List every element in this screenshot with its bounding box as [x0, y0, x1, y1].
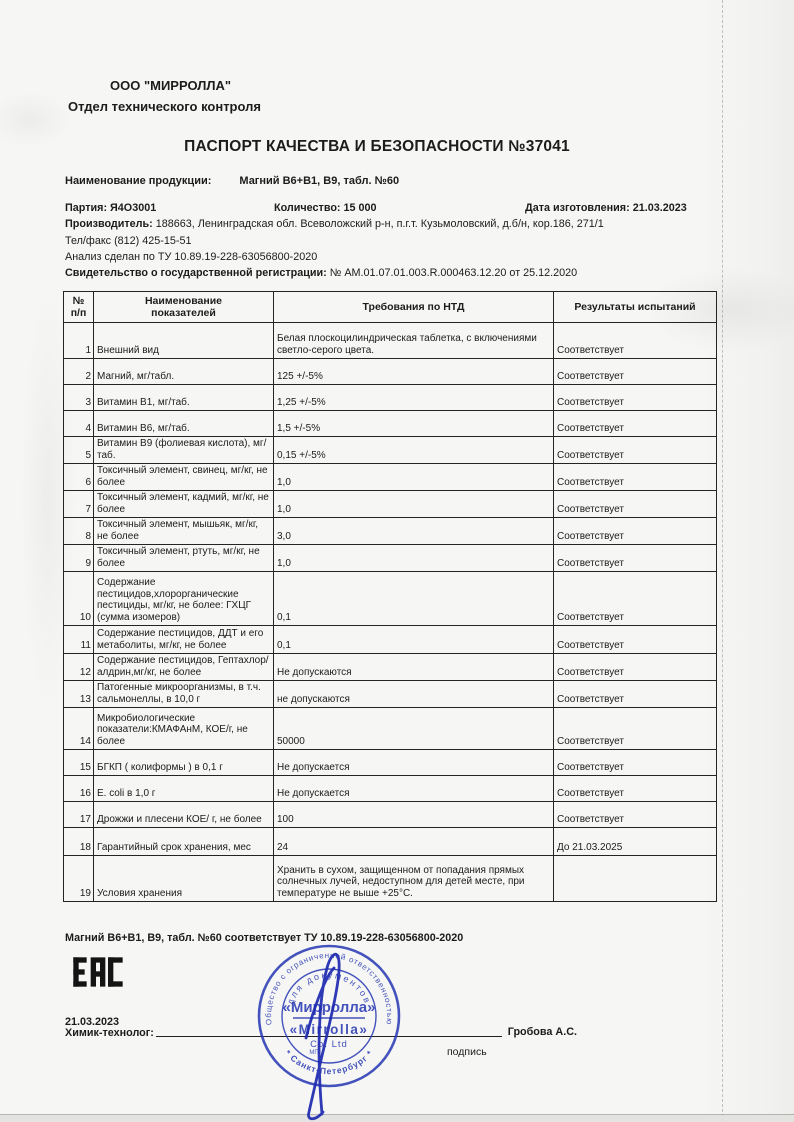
result-cell [554, 856, 717, 902]
product-name-line: Наименование продукции:Магний В6+В1, В9,… [65, 175, 399, 187]
indicator-name-cell: Содержание пестицидов,хлорорганические п… [94, 572, 274, 626]
table-row: 16E. coli в 1,0 гНе допускаетсяСоответст… [64, 776, 717, 802]
requirement-cell: Не допускаются [274, 654, 554, 681]
indicator-name-cell: БГКП ( колиформы ) в 0,1 г [94, 750, 274, 776]
table-row: 3Витамин В1, мг/таб.1,25 +/-5%Соответств… [64, 385, 717, 411]
registration-value: № АМ.01.07.01.003.R.000463.12.20 от 25.1… [330, 267, 577, 279]
stamp-icon: Общество с ограниченной ответственностью… [222, 918, 446, 1122]
quantity-line: Количество: 15 000 [274, 202, 377, 214]
eac-mark [72, 955, 124, 994]
requirement-cell: Не допускается [274, 750, 554, 776]
row-number-cell: 7 [64, 491, 94, 518]
requirement-cell: 0,1 [274, 626, 554, 654]
requirement-cell: 1,25 +/-5% [274, 385, 554, 411]
qc-table-body: 1Внешний видБелая плоскоцилиндрическая т… [64, 323, 717, 902]
result-cell: Соответствует [554, 681, 717, 708]
registration-label: Свидетельство о государственной регистра… [65, 267, 327, 279]
registration-line: Свидетельство о государственной регистра… [65, 267, 577, 279]
requirement-cell: Белая плоскоцилиндрическая таблетка, с в… [274, 323, 554, 359]
result-cell: Соответствует [554, 545, 717, 572]
chemist-label: Химик-технолог: [65, 1027, 154, 1039]
result-cell: Соответствует [554, 323, 717, 359]
requirement-cell: 1,0 [274, 491, 554, 518]
table-row: 7Токсичный элемент, кадмий, мг/кг, не бо… [64, 491, 717, 518]
company-name: ООО "МИРРОЛЛА" [110, 78, 231, 93]
result-cell: Соответствует [554, 572, 717, 626]
batch-label: Партия: [65, 202, 107, 214]
indicator-name-cell: Витамин В1, мг/таб. [94, 385, 274, 411]
row-number-cell: 14 [64, 708, 94, 750]
table-header-row: № п/п Наименование показателей Требовани… [64, 292, 717, 323]
indicator-name-cell: Условия хранения [94, 856, 274, 902]
stamp-city-text: * Санкт-Петербург * [283, 1048, 375, 1076]
col-header-results: Результаты испытаний [554, 292, 717, 323]
col-header-name: Наименование показателей [94, 292, 274, 323]
row-number-cell: 16 [64, 776, 94, 802]
table-row: 12Содержание пестицидов, Гептахлор/ алдр… [64, 654, 717, 681]
table-row: 1Внешний видБелая плоскоцилиндрическая т… [64, 323, 717, 359]
table-row: 14Микробиологические показатели:КМАФАнМ,… [64, 708, 717, 750]
result-cell: Соответствует [554, 464, 717, 491]
requirement-cell: 1,5 +/-5% [274, 411, 554, 437]
indicator-name-cell: Витамин В9 (фолиевая кислота), мг/таб. [94, 437, 274, 464]
indicator-name-cell: Токсичный элемент, кадмий, мг/кг, не бол… [94, 491, 274, 518]
indicator-name-cell: Дрожжи и плесени КОЕ/ г, не более [94, 802, 274, 828]
row-number-cell: 12 [64, 654, 94, 681]
scan-artifact-line [722, 0, 724, 1122]
col-header-number-line2: п/п [66, 307, 91, 319]
indicator-name-cell: Гарантийный срок хранения, мес [94, 828, 274, 856]
table-row: 18Гарантийный срок хранения, мес24До 21.… [64, 828, 717, 856]
result-cell: Соответствует [554, 491, 717, 518]
col-header-name-line1: Наименование [96, 295, 271, 307]
department-name: Отдел технического контроля [68, 99, 261, 114]
table-row: 15БГКП ( колиформы ) в 0,1 гНе допускает… [64, 750, 717, 776]
result-cell: Соответствует [554, 802, 717, 828]
table-row: 19Условия храненияХранить в сухом, защищ… [64, 856, 717, 902]
row-number-cell: 6 [64, 464, 94, 491]
col-header-number: № п/п [64, 292, 94, 323]
indicator-name-cell: Содержание пестицидов, Гептахлор/ алдрин… [94, 654, 274, 681]
table-row: 4Витамин В6, мг/таб.1,5 +/-5%Соответству… [64, 411, 717, 437]
row-number-cell: 8 [64, 518, 94, 545]
requirement-cell: не допускаются [274, 681, 554, 708]
col-header-name-line2: показателей [96, 307, 271, 319]
requirement-cell: 3,0 [274, 518, 554, 545]
result-cell: Соответствует [554, 411, 717, 437]
row-number-cell: 11 [64, 626, 94, 654]
indicator-name-cell: Магний, мг/табл. [94, 359, 274, 385]
requirement-cell: 125 +/-5% [274, 359, 554, 385]
table-row: 6Токсичный элемент, свинец, мг/кг, не бо… [64, 464, 717, 491]
mfg-date-line: Дата изготовления: 21.03.2023 [525, 202, 687, 214]
indicator-name-cell: Микробиологические показатели:КМАФАнМ, К… [94, 708, 274, 750]
result-cell: Соответствует [554, 359, 717, 385]
row-number-cell: 3 [64, 385, 94, 411]
requirement-cell: 0,15 +/-5% [274, 437, 554, 464]
result-cell: Соответствует [554, 437, 717, 464]
table-row: 13Патогенные микроорганизмы, в т.ч. саль… [64, 681, 717, 708]
product-label: Наименование продукции: [65, 175, 211, 187]
col-header-number-line1: № [66, 295, 91, 307]
manufacturer-value: 188663, Ленинградская обл. Всеволожский … [156, 218, 604, 230]
row-number-cell: 10 [64, 572, 94, 626]
requirement-cell: 50000 [274, 708, 554, 750]
manufacturer-label: Производитель: [65, 218, 153, 230]
result-cell: Соответствует [554, 518, 717, 545]
indicator-name-cell: Токсичный элемент, мышьяк, мг/кг, не бол… [94, 518, 274, 545]
table-row: 17Дрожжи и плесени КОЕ/ г, не более100Со… [64, 802, 717, 828]
indicator-name-cell: Токсичный элемент, свинец, мг/кг, не бол… [94, 464, 274, 491]
indicator-name-cell: E. coli в 1,0 г [94, 776, 274, 802]
indicator-name-cell: Витамин В6, мг/таб. [94, 411, 274, 437]
indicator-name-cell: Токсичный элемент, ртуть, мг/кг, не боле… [94, 545, 274, 572]
result-cell: До 21.03.2025 [554, 828, 717, 856]
batch-line: Партия: Я4О3001 [65, 202, 156, 214]
table-row: 11Содержание пестицидов, ДДТ и его метаб… [64, 626, 717, 654]
requirement-cell: 100 [274, 802, 554, 828]
row-number-cell: 17 [64, 802, 94, 828]
result-cell: Соответствует [554, 750, 717, 776]
row-number-cell: 2 [64, 359, 94, 385]
chemist-name: Гробова А.С. [508, 1026, 577, 1039]
indicator-name-cell: Содержание пестицидов, ДДТ и его метабол… [94, 626, 274, 654]
requirement-cell: 1,0 [274, 545, 554, 572]
row-number-cell: 1 [64, 323, 94, 359]
mfg-date-label: Дата изготовления: [525, 202, 630, 214]
row-number-cell: 18 [64, 828, 94, 856]
indicator-name-cell: Патогенные микроорганизмы, в т.ч. сальмо… [94, 681, 274, 708]
row-number-cell: 15 [64, 750, 94, 776]
row-number-cell: 13 [64, 681, 94, 708]
company-stamp: Общество с ограниченной ответственностью… [222, 918, 446, 1122]
phone-line: Тел/факс (812) 425-15-51 [65, 235, 192, 247]
requirement-cell: Хранить в сухом, защищенном от попадания… [274, 856, 554, 902]
requirement-cell: Не допускается [274, 776, 554, 802]
row-number-cell: 19 [64, 856, 94, 902]
document-title: ПАСПОРТ КАЧЕСТВА И БЕЗОПАСНОСТИ №37041 [60, 138, 694, 156]
qc-table: № п/п Наименование показателей Требовани… [63, 291, 717, 902]
result-cell: Соответствует [554, 708, 717, 750]
stamp-mp: МП [309, 1050, 318, 1056]
row-number-cell: 4 [64, 411, 94, 437]
signature-caption: подпись [447, 1046, 487, 1058]
analysis-line: Анализ сделан по ТУ 10.89.19-228-6305680… [65, 251, 317, 263]
quantity-value: 15 000 [344, 202, 377, 214]
eac-logo-icon [72, 955, 124, 989]
batch-value: Я4О3001 [110, 202, 156, 214]
requirement-cell: 1,0 [274, 464, 554, 491]
row-number-cell: 5 [64, 437, 94, 464]
col-header-requirements: Требования по НТД [274, 292, 554, 323]
stamp-name-ru: «Мирролла» [283, 999, 376, 1016]
product-value: Магний В6+В1, В9, табл. №60 [239, 175, 399, 187]
scanned-document-page: ООО "МИРРОЛЛА" Отдел технического контро… [0, 0, 794, 1122]
result-cell: Соответствует [554, 385, 717, 411]
table-row: 8Токсичный элемент, мышьяк, мг/кг, не бо… [64, 518, 717, 545]
result-cell: Соответствует [554, 776, 717, 802]
table-row: 2Магний, мг/табл.125 +/-5%Соответствует [64, 359, 717, 385]
manufacturer-line: Производитель: 188663, Ленинградская обл… [65, 218, 604, 230]
mfg-date-value: 21.03.2023 [633, 202, 687, 214]
table-row: 10Содержание пестицидов,хлорорганические… [64, 572, 717, 626]
result-cell: Соответствует [554, 626, 717, 654]
requirement-cell: 0,1 [274, 572, 554, 626]
table-row: 5Витамин В9 (фолиевая кислота), мг/таб.0… [64, 437, 717, 464]
quantity-label: Количество: [274, 202, 341, 214]
requirement-cell: 24 [274, 828, 554, 856]
indicator-name-cell: Внешний вид [94, 323, 274, 359]
stamp-coltd: Co. Ltd [310, 1039, 348, 1050]
result-cell: Соответствует [554, 654, 717, 681]
row-number-cell: 9 [64, 545, 94, 572]
table-row: 9Токсичный элемент, ртуть, мг/кг, не бол… [64, 545, 717, 572]
